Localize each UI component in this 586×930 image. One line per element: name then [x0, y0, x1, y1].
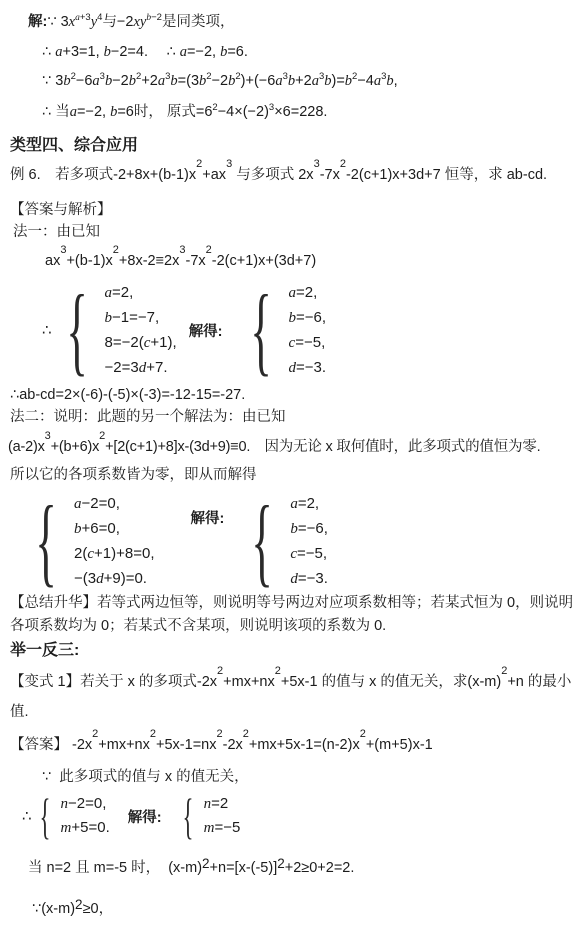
therefore-symbol: ∴: [22, 807, 32, 825]
equation-row: a−2=0,: [74, 491, 154, 516]
therefore-symbol: ∴: [42, 321, 52, 339]
identity-2-line: (a-2)x3+(b+6)x2+[2(c+1)+8]x-(3d+9)≡0. 因为…: [8, 432, 582, 462]
answer-label: 【答案】: [10, 737, 68, 753]
solution-row: m=−5: [204, 816, 241, 840]
equation-row: b−1=−7,: [105, 305, 177, 330]
system-1-equations: a=2, b−1=−7, 8=−2(c+1), −2=3d+7.: [105, 280, 177, 380]
coefficients-note: 所以它的各项系数皆为零，即从而解得: [10, 465, 586, 485]
method-2-label: 法二：说明：此题的另一个解法为：由已知: [10, 407, 586, 427]
equation-row: a=2,: [105, 280, 177, 305]
summary-paragraph: 【总结升华】若等式两边恒等，则说明等号两边对应项系数相等；若某式恒为 0，则说明…: [10, 592, 576, 638]
variant-answer-line: 【答案】 -2x2+mx+nx2+5x-1=nx2-2x2+mx+5x-1=(n…: [10, 730, 586, 760]
solution-row: a=2,: [289, 280, 327, 305]
equation-row: −(3d+9)=0.: [74, 566, 154, 591]
system-3-solutions: n=2 m=−5: [204, 792, 241, 840]
section-heading: 类型四、综合应用: [10, 136, 586, 156]
solve-label: 解得:: [128, 806, 162, 827]
example-6-line: 例 6. 若多项式-2+8x+(b-1)x2+ax3 与多项式 2x3-7x2-…: [10, 160, 586, 190]
conclusion-line: ∴ab-cd=2×(-6)-(-5)×(-3)=-12-15=-27.: [10, 385, 586, 405]
equation-system-3: ∴ { n−2=0, m+5=0. 解得: { n=2 m=−5: [22, 792, 586, 840]
equation-system-2: { a−2=0, b+6=0, 2(c+1)+8=0, −(3d+9)=0. 解…: [30, 491, 586, 591]
left-brace: {: [39, 793, 50, 839]
variant-1-question: 【变式 1】若关于 x 的多项式-2x2+mx+nx2+5x-1 的值与 x 的…: [10, 667, 574, 727]
solution-line-1-math: ∵ 3xa+3y4与−2xyb−2是同类项，: [47, 14, 234, 30]
equation-row: n−2=0,: [61, 792, 110, 816]
equation-row: b+6=0,: [74, 516, 154, 541]
system-2-equations: a−2=0, b+6=0, 2(c+1)+8=0, −(3d+9)=0.: [74, 491, 154, 591]
practice-heading: 举一反三:: [10, 641, 586, 661]
solution-row: a=2,: [290, 491, 328, 516]
left-brace: {: [252, 495, 274, 587]
nonnegative-line: ∵(x-m)2≥0，: [32, 896, 586, 922]
solution-prefix: 解:: [28, 14, 47, 30]
system-3-equations: n−2=0, m+5=0.: [61, 792, 110, 840]
document-page: 解:∵ 3xa+3y4与−2xyb−2是同类项， ∴ a+3=1, b−2=4.…: [0, 10, 586, 922]
equation-row: −2=3d+7.: [105, 355, 177, 380]
solution-line-4: ∴ 当a=−2, b=6时， 原式=62−4×(−2)3×6=228.: [42, 100, 586, 124]
equation-system-1: ∴ { a=2, b−1=−7, 8=−2(c+1), −2=3d+7. 解得:…: [42, 280, 586, 380]
solution-line-2: ∴ a+3=1, b−2=4. ∴ a=−2, b=6.: [42, 42, 586, 62]
solution-row: c=−5,: [290, 541, 328, 566]
solve-label: 解得:: [189, 320, 223, 341]
equation-row: 2(c+1)+8=0,: [74, 541, 154, 566]
left-brace: {: [250, 284, 272, 376]
solution-row: c=−5,: [289, 330, 327, 355]
equation-row: m+5=0.: [61, 816, 110, 840]
left-brace: {: [182, 793, 193, 839]
solution-line-1: 解:∵ 3xa+3y4与−2xyb−2是同类项，: [28, 10, 578, 34]
solution-row: b=−6,: [290, 516, 328, 541]
solve-label: 解得:: [190, 507, 224, 528]
identity-equation: ax3+(b-1)x2+8x-2≡2x3-7x2-2(c+1)x+(3d+7): [45, 246, 586, 276]
solution-row: d=−3.: [290, 566, 328, 591]
because-text: 此多项式的值与 x 的值无关，: [51, 769, 248, 785]
method-1-label: 法一：由已知: [13, 222, 586, 242]
system-2-solutions: a=2, b=−6, c=−5, d=−3.: [290, 491, 328, 591]
solution-row: b=−6,: [289, 305, 327, 330]
solution-row: d=−3.: [289, 355, 327, 380]
minimum-value-line: 当 n=2 且 m=-5 时， (x-m)2+n=[x-(-5)]2+2≥0+2…: [28, 855, 586, 881]
because-line: ∵ 此多项式的值与 x 的值无关，: [42, 767, 586, 787]
left-brace: {: [66, 284, 88, 376]
left-brace: {: [35, 495, 57, 587]
because-symbol: ∵: [42, 769, 51, 785]
system-1-solutions: a=2, b=−6, c=−5, d=−3.: [289, 280, 327, 380]
equation-row: 8=−2(c+1),: [105, 330, 177, 355]
variant-answer-math: -2x2+mx+nx2+5x-1=nx2-2x2+mx+5x-1=(n-2)x2…: [68, 737, 433, 753]
solution-line-3: ∵ 3b2−6a3b−2b2+2a3b=(3b2−2b2)+(−6a3b+2a3…: [42, 69, 586, 93]
solution-row: n=2: [204, 792, 241, 816]
answer-analysis-label: 【答案与解析】: [10, 200, 586, 220]
